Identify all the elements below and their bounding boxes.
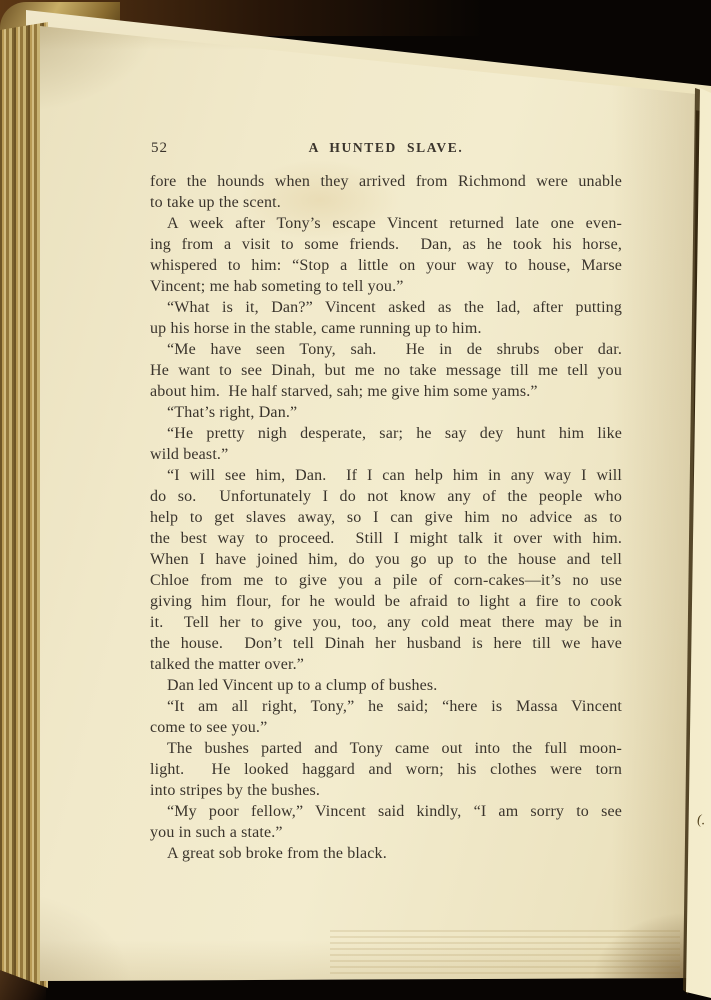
text-line: “That’s right, Dan.” [150, 402, 622, 423]
text-line: it. Tell her to give you, too, any cold … [150, 612, 622, 633]
text-line: “Me have seen Tony, sah. He in de shrubs… [150, 339, 622, 360]
text-line: light. He looked haggard and worn; his c… [150, 759, 622, 780]
text-line: giving him flour, for he would be afraid… [150, 591, 622, 612]
text-line: Vincent; me hab someting to tell you.” [150, 276, 622, 297]
text-line: He want to see Dinah, but me no take mes… [150, 360, 622, 381]
page-number: 52 [151, 140, 168, 157]
text-line: Dan led Vincent up to a clump of bushes. [150, 675, 622, 696]
text-line: about him. He half starved, sah; me give… [150, 381, 622, 402]
text-line: do so. Unfortunately I do not know any o… [150, 486, 622, 507]
page-header: 52 A HUNTED SLAVE. [150, 140, 622, 158]
text-line: A week after Tony’s escape Vincent retur… [150, 213, 622, 234]
text-line: “It am all right, Tony,” he said; “here … [150, 696, 622, 717]
text-line: whispered to him: “Stop a little on your… [150, 255, 622, 276]
text-line: ing from a visit to some friends. Dan, a… [150, 234, 622, 255]
text-line: “My poor fellow,” Vincent said kindly, “… [150, 801, 622, 822]
text-line: “He pretty nigh desperate, sar; he say d… [150, 423, 622, 444]
text-line: The bushes parted and Tony came out into… [150, 738, 622, 759]
body-text: fore the hounds when they arrived from R… [150, 171, 622, 864]
text-line: come to see you.” [150, 717, 622, 738]
text-line: the best way to proceed. Still I might t… [150, 528, 622, 549]
text-line: the house. Don’t tell Dinah her husband … [150, 633, 622, 654]
text-line: talked the matter over.” [150, 654, 622, 675]
bottom-page-edges [330, 930, 680, 978]
text-line: Chloe from me to give you a pile of corn… [150, 570, 622, 591]
text-line: When I have joined him, do you go up to … [150, 549, 622, 570]
running-title: A HUNTED SLAVE. [150, 140, 622, 156]
text-line: up his horse in the stable, came running… [150, 318, 622, 339]
text-line: into stripes by the bushes. [150, 780, 622, 801]
text-line: help to get slaves away, so I can give h… [150, 507, 622, 528]
text-line: “I will see him, Dan. If I can help him … [150, 465, 622, 486]
text-line: “What is it, Dan?” Vincent asked as the … [150, 297, 622, 318]
text-line: fore the hounds when they arrived from R… [150, 171, 622, 192]
page-content: 52 A HUNTED SLAVE. fore the hounds when … [150, 140, 622, 864]
text-line: you in such a state.” [150, 822, 622, 843]
book-photo: (. 52 A HUNTED SLAVE. fore the hounds wh… [0, 0, 711, 1000]
text-line: wild beast.” [150, 444, 622, 465]
text-line: A great sob broke from the black. [150, 843, 622, 864]
text-line: to take up the scent. [150, 192, 622, 213]
